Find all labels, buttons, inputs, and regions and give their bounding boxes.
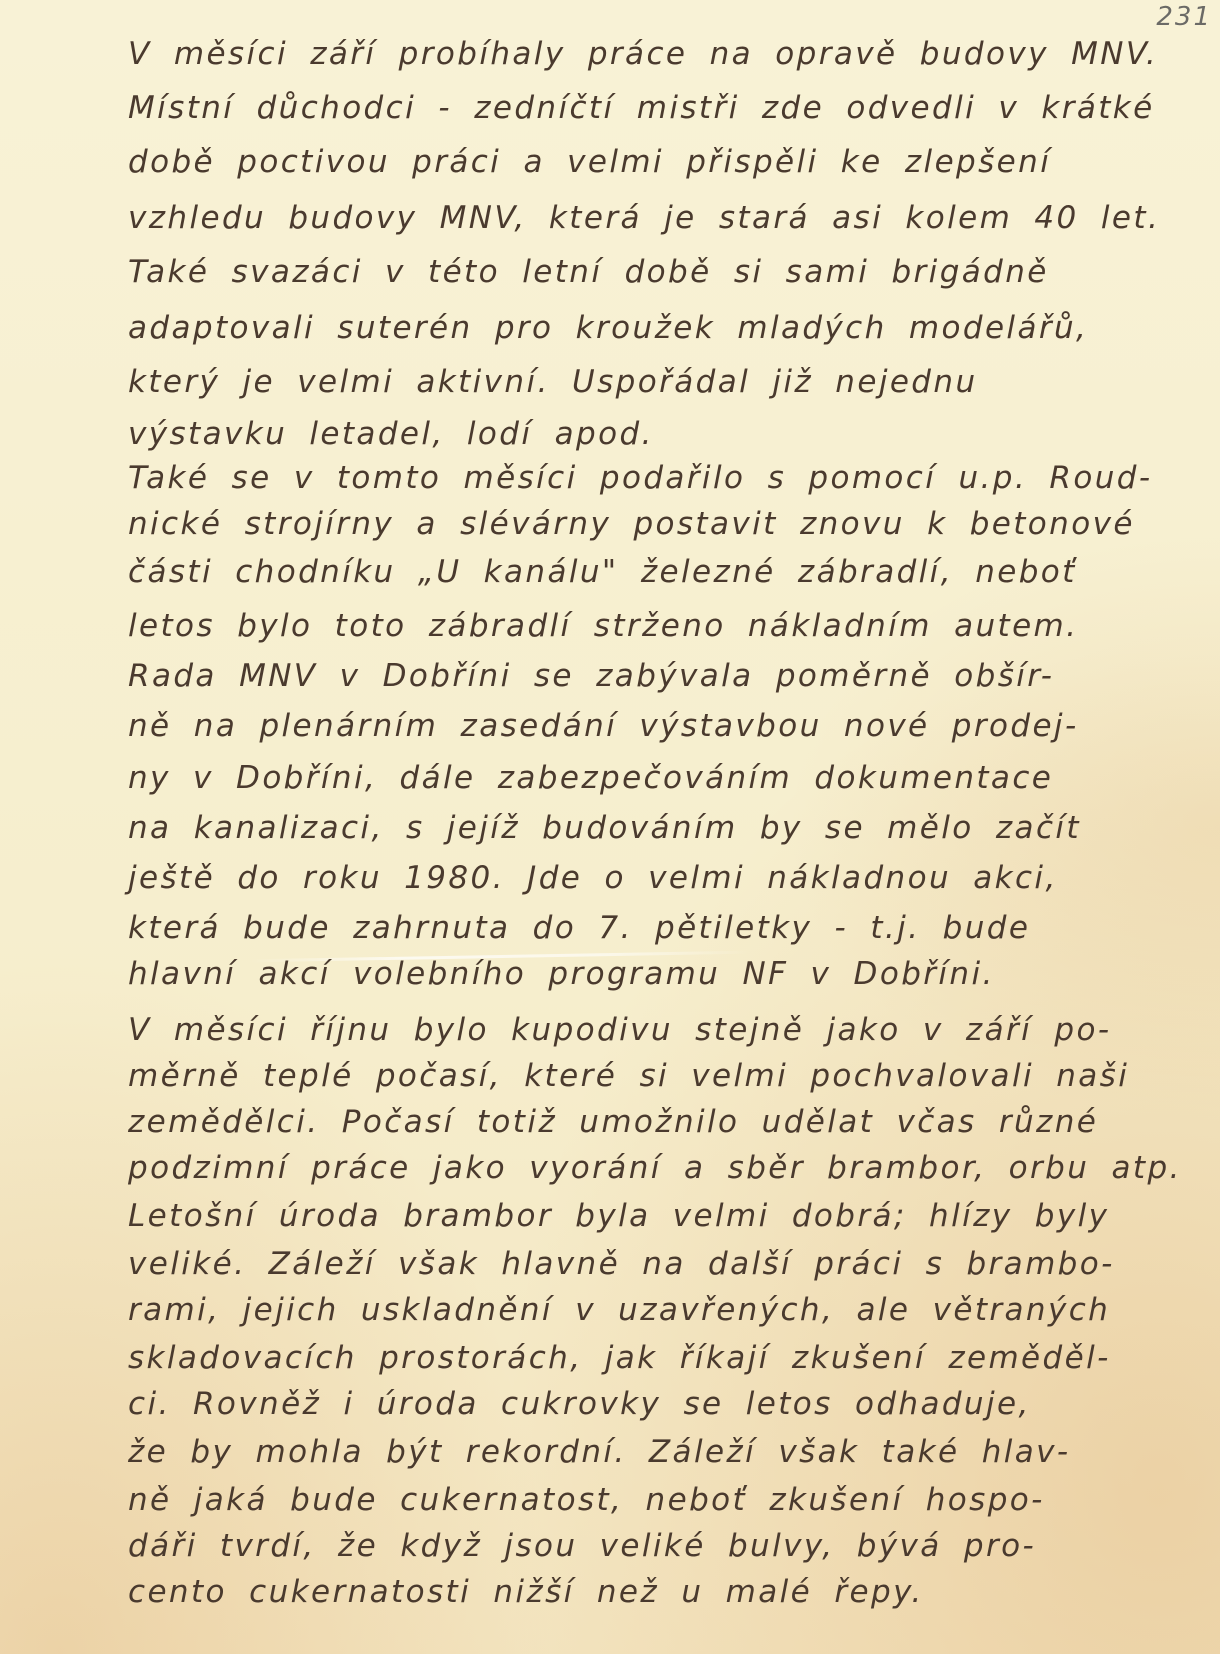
handwritten-line: ně na plenárním zasedání výstavbou nové … [128, 708, 1079, 744]
handwritten-line: Také se v tomto měsíci podařilo s pomocí… [128, 460, 1152, 496]
handwritten-line: V měsíci září probíhaly práce na opravě … [128, 36, 1158, 72]
handwritten-line: ny v Dobříni, dále zabezpečováním dokume… [128, 760, 1053, 796]
handwritten-line: že by mohla být rekordní. Záleží však ta… [128, 1434, 1070, 1470]
handwritten-line: vzhledu budovy MNV, která je stará asi k… [128, 200, 1160, 236]
handwritten-line: ně jaká bude cukernatost, neboť zkušení … [128, 1482, 1045, 1518]
handwritten-line: výstavku letadel, lodí apod. [128, 416, 654, 452]
handwritten-line: dáři tvrdí, že když jsou veliké bulvy, b… [128, 1528, 1036, 1564]
handwritten-line: Rada MNV v Dobříni se zabývala poměrně o… [128, 658, 1054, 694]
handwritten-line: adaptovali suterén pro kroužek mladých m… [128, 310, 1088, 346]
handwritten-line: ještě do roku 1980. Jde o velmi nákladno… [128, 860, 1058, 896]
handwritten-line: letos bylo toto zábradlí strženo nákladn… [128, 608, 1078, 644]
handwritten-line: podzimní práce jako vyorání a sběr bramb… [128, 1150, 1182, 1186]
handwritten-line: která bude zahrnuta do 7. pětiletky - t.… [128, 910, 1030, 946]
handwritten-line: rami, jejich uskladnění v uzavřených, al… [128, 1292, 1110, 1328]
handwritten-line: hlavní akcí volebního programu NF v Dobř… [128, 956, 995, 992]
handwritten-line: zemědělci. Počasí totiž umožnilo udělat … [128, 1104, 1098, 1140]
handwritten-line: části chodníku „U kanálu" železné zábrad… [128, 554, 1077, 590]
handwritten-line: V měsíci říjnu bylo kupodivu stejně jako… [128, 1012, 1111, 1048]
handwritten-line: době poctivou práci a velmi přispěli ke … [128, 144, 1051, 180]
handwritten-line: Místní důchodci - zedníčtí mistři zde od… [128, 90, 1155, 126]
handwritten-page: 231 V měsíci září probíhaly práce na opr… [0, 0, 1220, 1654]
handwritten-line: Také svazáci v této letní době si sami b… [128, 254, 1049, 290]
handwritten-line: který je velmi aktivní. Uspořádal již ne… [128, 364, 978, 400]
handwritten-line: ci. Rovněž i úroda cukrovky se letos odh… [128, 1386, 1031, 1422]
handwritten-line: veliké. Záleží však hlavně na další prác… [128, 1246, 1115, 1282]
handwritten-line: Letošní úroda brambor byla velmi dobrá; … [128, 1198, 1109, 1234]
handwritten-line: na kanalizaci, s jejíž budováním by se m… [128, 810, 1081, 846]
page-number: 231 [1156, 2, 1212, 32]
handwritten-line: cento cukernatosti nižší než u malé řepy… [128, 1574, 924, 1610]
handwritten-line: měrně teplé počasí, které si velmi pochv… [128, 1058, 1129, 1094]
handwritten-line: skladovacích prostorách, jak říkají zkuš… [128, 1340, 1111, 1376]
handwritten-line: nické strojírny a slévárny postavit znov… [128, 506, 1135, 542]
